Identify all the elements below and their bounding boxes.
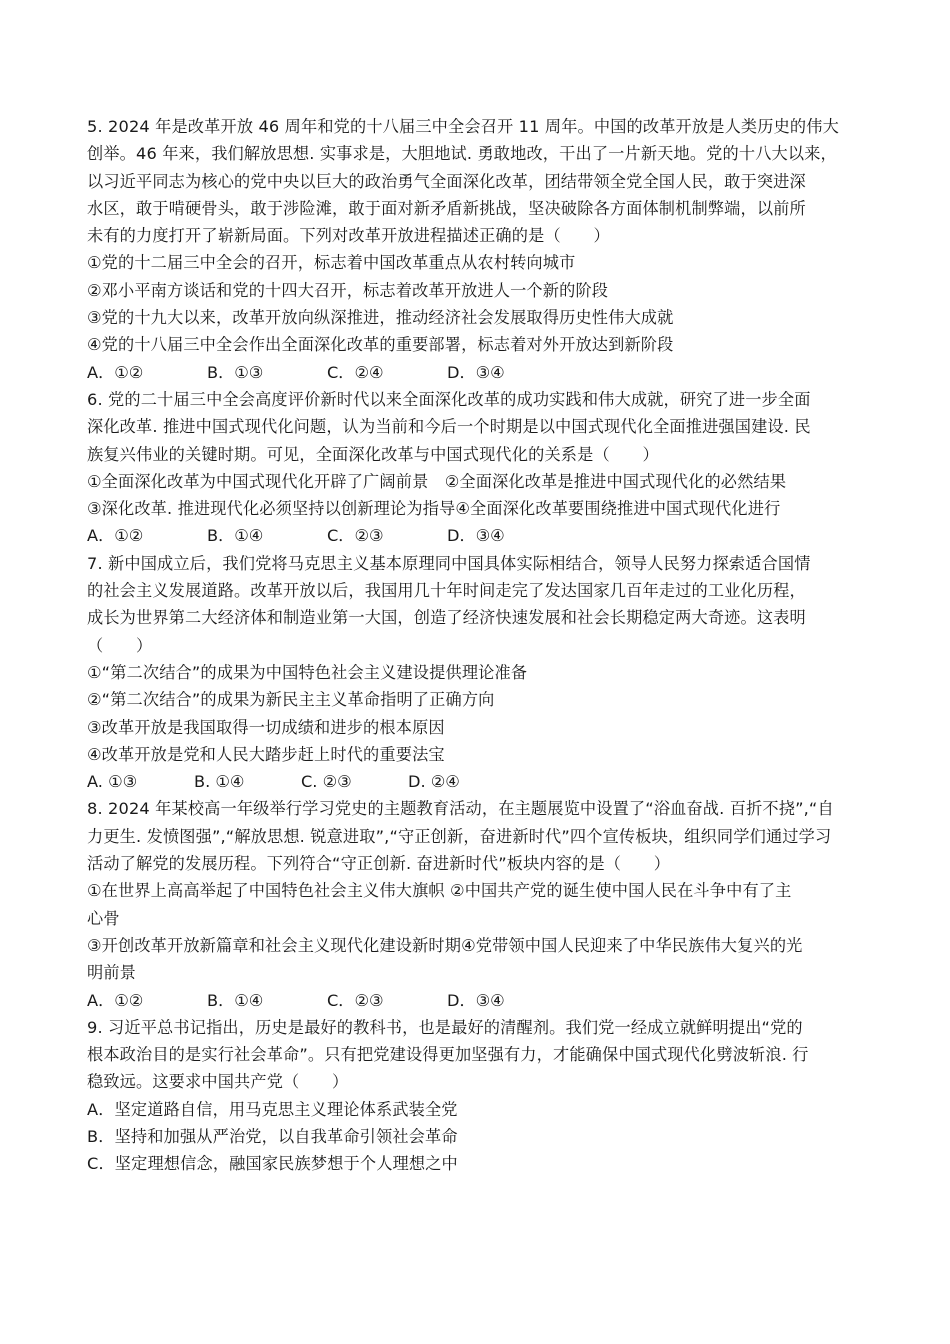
answer-options: A. ①③ B. ①④ C. ②③ D. ②④ xyxy=(87,768,877,795)
statement-line: 心骨 xyxy=(87,905,877,932)
option-d: D．③④ xyxy=(447,522,567,549)
option-a: A. ①③ xyxy=(87,768,194,795)
exam-page: 5. 2024 年是改革开放 46 周年和党的十八届三中全会召开 11 周年。中… xyxy=(87,113,877,1178)
option-b: B．①④ xyxy=(207,987,327,1014)
question-stem-line: 根本政治目的是实行社会革命”。只有把党建设得更加坚强有力，才能确保中国式现代化劈… xyxy=(87,1041,877,1068)
statement-line: ②“第二次结合”的成果为新民主主义革命指明了正确方向 xyxy=(87,686,877,713)
statement-line: 明前景 xyxy=(87,959,877,986)
option-b: B. ①④ xyxy=(194,768,301,795)
question-stem-line: 深化改革. 推进中国式现代化问题，认为当前和今后一个时期是以中国式现代化全面推进… xyxy=(87,413,877,440)
option-c: C. ②③ xyxy=(301,768,408,795)
statement-line: ③党的十九大以来，改革开放向纵深推进，推动经济社会发展取得历史性伟大成就 xyxy=(87,304,877,331)
statement-line: ①党的十二届三中全会的召开，标志着中国改革重点从农村转向城市 xyxy=(87,249,877,276)
statement-line: ①在世界上高高举起了中国特色社会主义伟大旗帜 ②中国共产党的诞生使中国人民在斗争… xyxy=(87,877,877,904)
answer-options: A．①② B．①③ C．②④ D．③④ xyxy=(87,359,877,386)
option-b: B．①③ xyxy=(207,359,327,386)
statement-line: ③开创改革开放新篇章和社会主义现代化建设新时期④党带领中国人民迎来了中华民族伟大… xyxy=(87,932,877,959)
question-9: 9. 习近平总书记指出，历史是最好的教科书，也是最好的清醒剂。我们党一经成立就鲜… xyxy=(87,1014,877,1178)
statement-line: ④党的十八届三中全会作出全面深化改革的重要部署，标志着对外开放达到新阶段 xyxy=(87,331,877,358)
question-stem-line: 稳致远。这要求中国共产党（ ） xyxy=(87,1068,877,1095)
option-c: C．②③ xyxy=(327,987,447,1014)
question-stem-line: 5. 2024 年是改革开放 46 周年和党的十八届三中全会召开 11 周年。中… xyxy=(87,113,877,140)
question-stem-line: 7. 新中国成立后，我们党将马克思主义基本原理同中国具体实际相结合，领导人民努力… xyxy=(87,550,877,577)
question-stem-line: 水区，敢于啃硬骨头，敢于涉险滩，敢于面对新矛盾新挑战，坚决破除各方面体制机制弊端… xyxy=(87,195,877,222)
choice-a: A．坚定道路自信，用马克思主义理论体系武装全党 xyxy=(87,1096,877,1123)
choice-c: C．坚定理想信念，融国家民族梦想于个人理想之中 xyxy=(87,1150,877,1177)
question-stem-line: 9. 习近平总书记指出，历史是最好的教科书，也是最好的清醒剂。我们党一经成立就鲜… xyxy=(87,1014,877,1041)
question-7: 7. 新中国成立后，我们党将马克思主义基本原理同中国具体实际相结合，领导人民努力… xyxy=(87,550,877,796)
question-stem-line: 创举。46 年来，我们解放思想. 实事求是，大胆地试. 勇敢地改，干出了一片新天… xyxy=(87,140,877,167)
option-b: B．①④ xyxy=(207,522,327,549)
question-stem-line: 以习近平同志为核心的党中央以巨大的政治勇气全面深化改革，团结带领全党全国人民，敢… xyxy=(87,168,877,195)
option-a: A．①② xyxy=(87,522,207,549)
statement-line: ①全面深化改革为中国式现代化开辟了广阔前景 ②全面深化改革是推进中国式现代化的必… xyxy=(87,468,877,495)
question-stem-line: 8. 2024 年某校高一年级举行学习党史的主题教育活动，在主题展览中设置了“浴… xyxy=(87,795,877,822)
question-8: 8. 2024 年某校高一年级举行学习党史的主题教育活动，在主题展览中设置了“浴… xyxy=(87,795,877,1013)
statement-line: ④改革开放是党和人民大踏步赶上时代的重要法宝 xyxy=(87,741,877,768)
statement-line: ②邓小平南方谈话和党的十四大召开，标志着改革开放进人一个新的阶段 xyxy=(87,277,877,304)
question-stem-line: 6. 党的二十届三中全会高度评价新时代以来全面深化改革的成功实践和伟大成就，研究… xyxy=(87,386,877,413)
question-stem-line: 未有的力度打开了崭新局面。下列对改革开放进程描述正确的是（ ） xyxy=(87,222,877,249)
question-stem-line: 力更生. 发愤图强”,“解放思想. 锐意进取”,“守正创新，奋进新时代”四个宣传… xyxy=(87,823,877,850)
option-c: C．②④ xyxy=(327,359,447,386)
question-stem-line: 活动了解党的发展历程。下列符合“守正创新. 奋进新时代”板块内容的是（ ） xyxy=(87,850,877,877)
statement-line: ①“第二次结合”的成果为中国特色社会主义建设提供理论准备 xyxy=(87,659,877,686)
statement-line: ③深化改革. 推进现代化必须坚持以创新理论为指导④全面深化改革要围绕推进中国式现… xyxy=(87,495,877,522)
question-stem-line: 成长为世界第二大经济体和制造业第一大国，创造了经济快速发展和社会长期稳定两大奇迹… xyxy=(87,604,877,631)
option-a: A．①② xyxy=(87,987,207,1014)
option-c: C．②③ xyxy=(327,522,447,549)
question-stem-line: （ ） xyxy=(87,632,877,659)
question-5: 5. 2024 年是改革开放 46 周年和党的十八届三中全会召开 11 周年。中… xyxy=(87,113,877,386)
option-d: D．③④ xyxy=(447,987,567,1014)
answer-options: A．①② B．①④ C．②③ D．③④ xyxy=(87,987,877,1014)
question-6: 6. 党的二十届三中全会高度评价新时代以来全面深化改革的成功实践和伟大成就，研究… xyxy=(87,386,877,550)
statement-line: ③改革开放是我国取得一切成绩和进步的根本原因 xyxy=(87,714,877,741)
option-a: A．①② xyxy=(87,359,207,386)
question-stem-line: 族复兴伟业的关键时期。可见，全面深化改革与中国式现代化的关系是（ ） xyxy=(87,441,877,468)
option-d: D．③④ xyxy=(447,359,567,386)
choice-b: B．坚持和加强从严治党，以自我革命引领社会革命 xyxy=(87,1123,877,1150)
question-stem-line: 的社会主义发展道路。改革开放以后，我国用几十年时间走完了发达国家几百年走过的工业… xyxy=(87,577,877,604)
option-d: D. ②④ xyxy=(408,768,515,795)
answer-options: A．①② B．①④ C．②③ D．③④ xyxy=(87,522,877,549)
